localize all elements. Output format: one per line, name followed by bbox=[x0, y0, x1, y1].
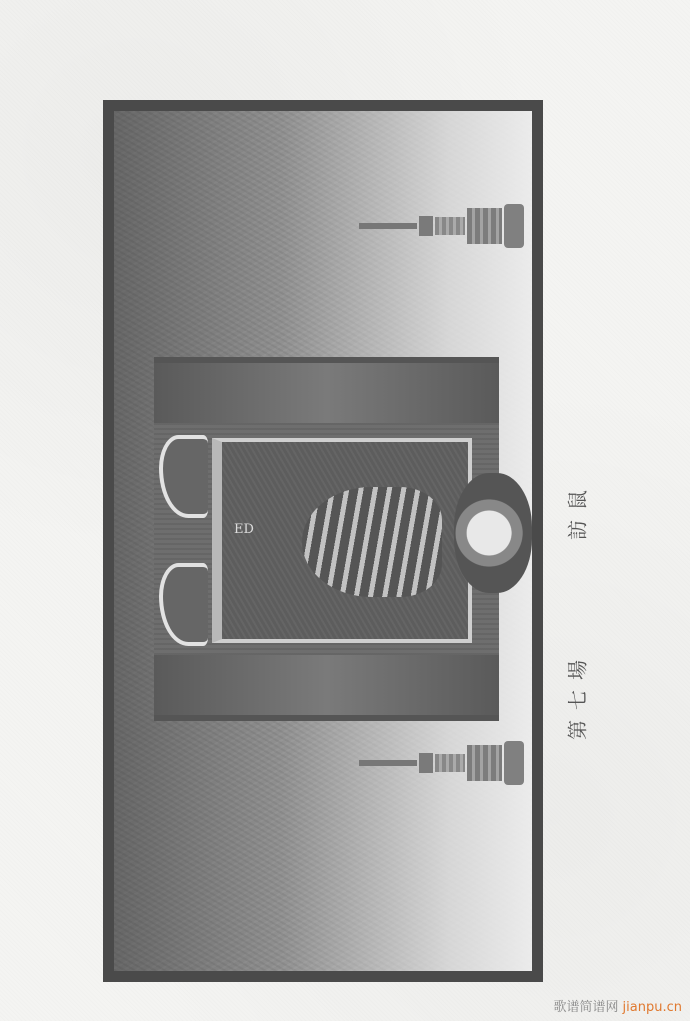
candle-cup bbox=[419, 753, 433, 773]
caption-scene: 第七場 bbox=[566, 650, 590, 740]
stage-shrine: ED bbox=[154, 357, 499, 721]
scroll-mark: ED bbox=[234, 522, 254, 537]
candle-stem bbox=[435, 754, 465, 772]
curtain-drape bbox=[159, 435, 208, 518]
scroll-painting: ED bbox=[212, 438, 472, 643]
candle-base bbox=[467, 208, 502, 244]
candle-stem bbox=[435, 217, 465, 235]
shrine-pillar-bottom bbox=[154, 655, 499, 715]
caption-title: 訪鼠 bbox=[566, 480, 590, 540]
candle-cup bbox=[419, 216, 433, 236]
candle-spike bbox=[359, 223, 417, 229]
candlestick-top bbox=[359, 206, 524, 246]
candle-foot bbox=[504, 204, 524, 248]
watermark: 歌谱简谱网jianpu.cn bbox=[554, 996, 682, 1015]
candlestick-bottom bbox=[359, 743, 524, 783]
stage-photograph: ED bbox=[103, 100, 543, 982]
candle-foot bbox=[504, 741, 524, 785]
watermark-domain: jianpu.cn bbox=[623, 1000, 682, 1015]
shrine-pillar-top bbox=[154, 363, 499, 423]
photo-caption: 第七場訪鼠 bbox=[556, 430, 596, 790]
watermark-site-name: 歌谱简谱网 bbox=[554, 1000, 619, 1015]
curtain-drape bbox=[159, 563, 208, 646]
candle-base bbox=[467, 745, 502, 781]
painted-figure bbox=[302, 487, 442, 597]
caption-text: 第七場訪鼠 bbox=[562, 480, 591, 740]
candle-spike bbox=[359, 760, 417, 766]
deity-figure bbox=[454, 473, 532, 593]
